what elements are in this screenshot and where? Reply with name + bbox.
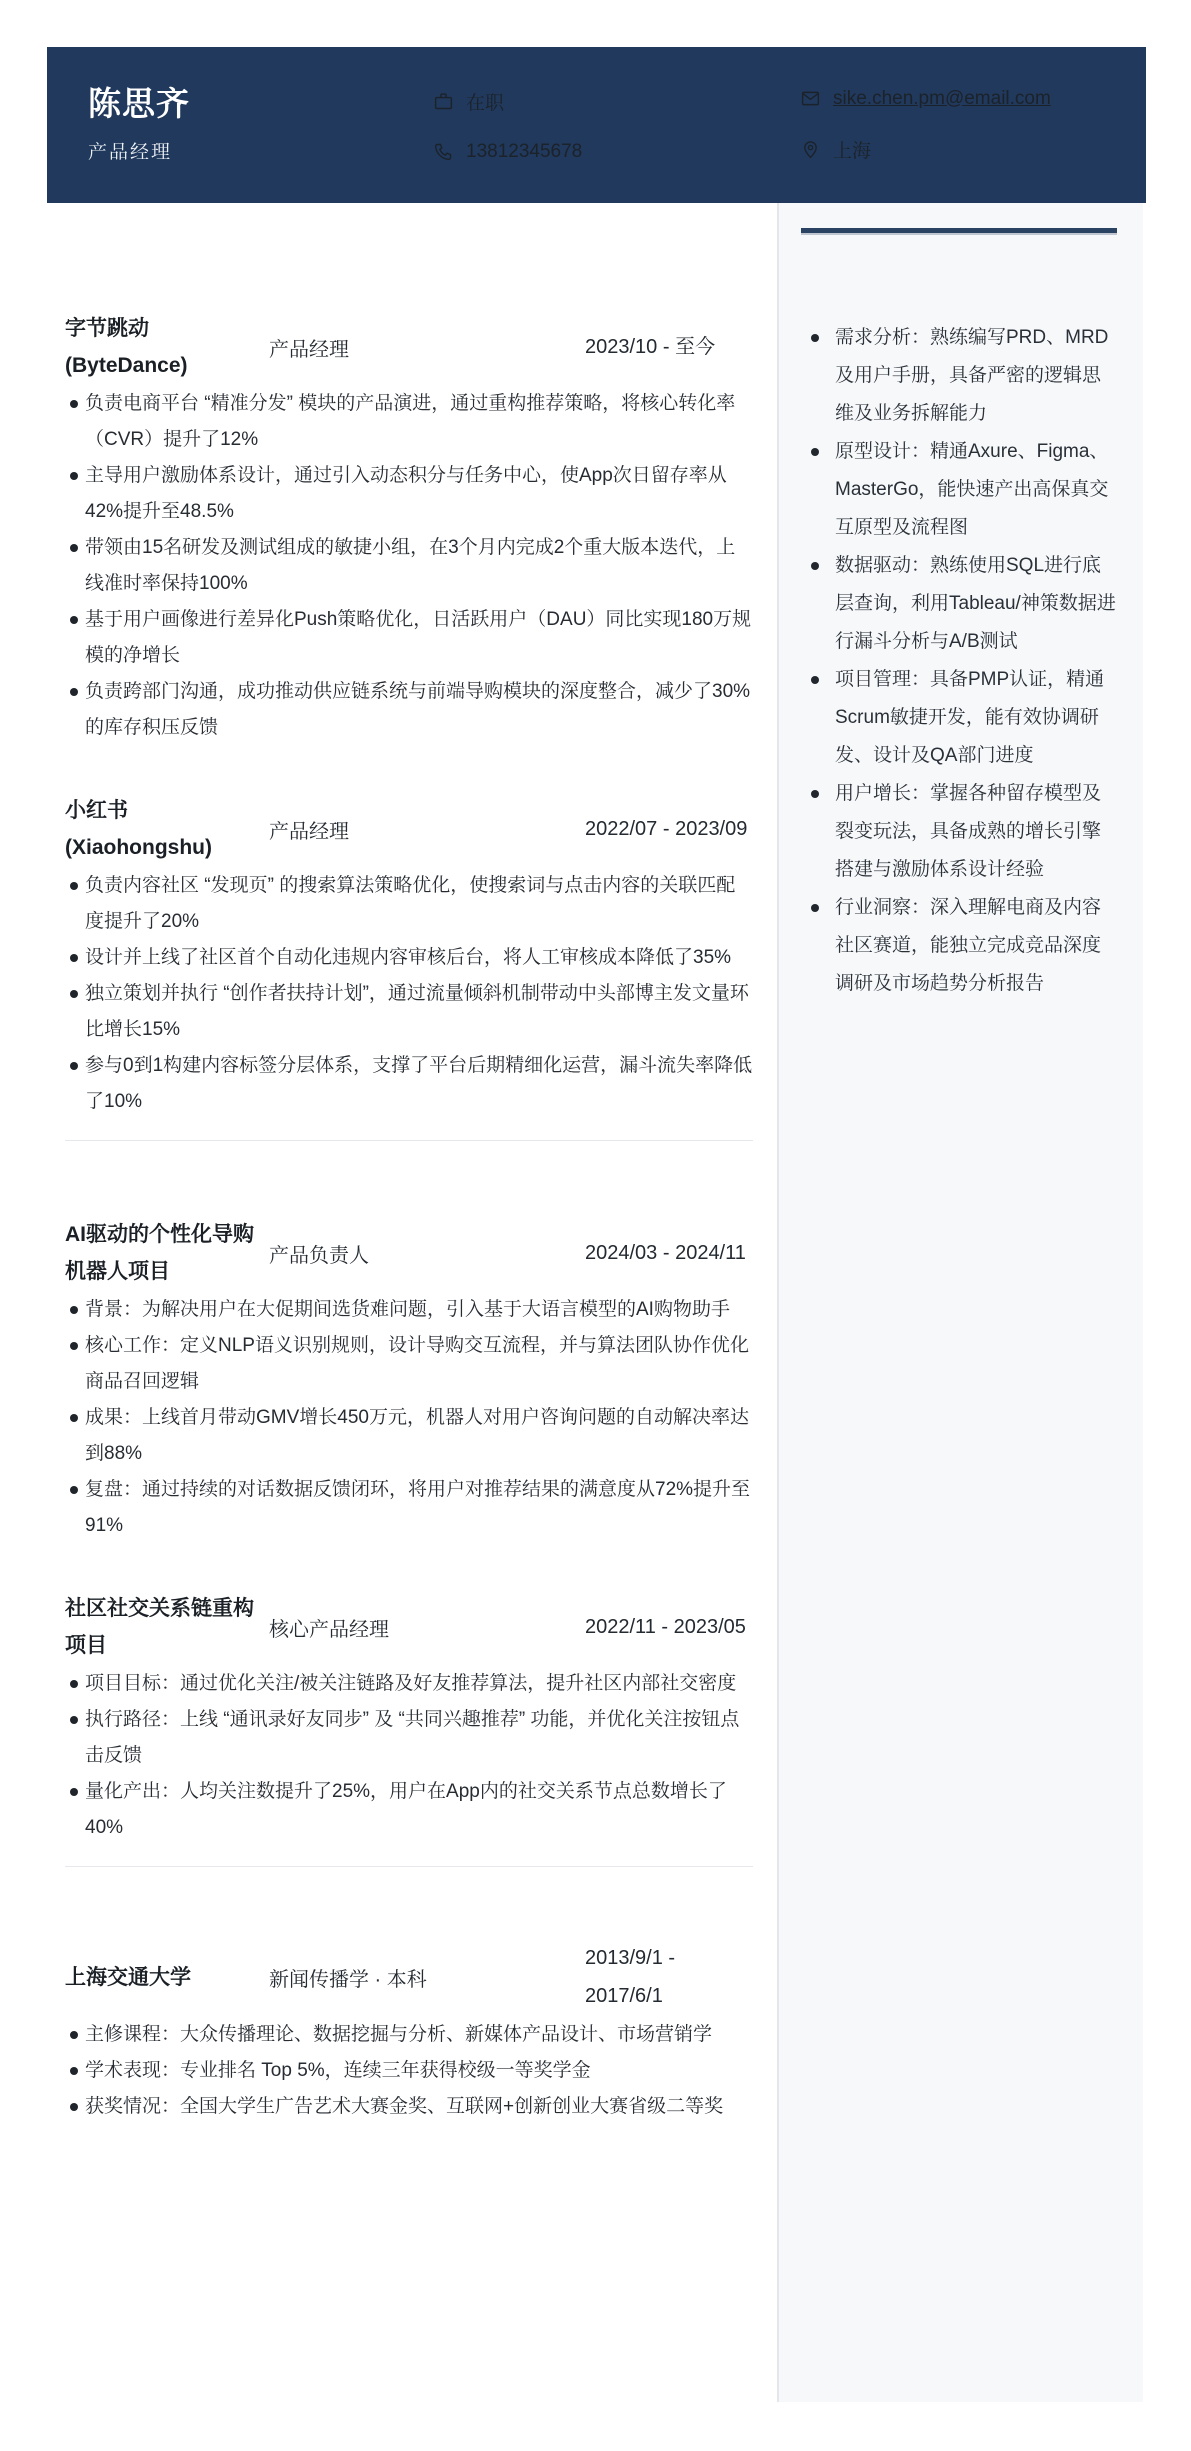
candidate-name: 陈思齐 — [88, 86, 433, 122]
experience-entry-bytedance: 字节跳动 (ByteDance) 产品经理 2023/10 - 至今 负责电商平… — [65, 310, 753, 746]
job-highlights: 负责电商平台 “精准分发” 模块的产品演进，通过重构推荐策略，将核心转化率（CV… — [65, 386, 753, 746]
company-name: 小红书 (Xiaohongshu) — [65, 792, 255, 866]
bullet-item: 主导用户激励体系设计，通过引入动态积分与任务中心，使App次日留存率从42%提升… — [65, 458, 753, 530]
bullet-item: 获奖情况：全国大学生广告艺术大赛金奖、互联网+创新创业大赛省级二等奖 — [65, 2089, 753, 2125]
bullet-item: 负责内容社区 “发现页” 的搜索算法策略优化，使搜索词与点击内容的关联匹配度提升… — [65, 868, 753, 940]
bullet-item: 基于用户画像进行差异化Push策略优化，日活跃用户（DAU）同比实现180万规模… — [65, 602, 753, 674]
experience-entry-xiaohongshu: 小红书 (Xiaohongshu) 产品经理 2022/07 - 2023/09… — [65, 792, 753, 1120]
skill-item: 行业洞察：深入理解电商及内容社区赛道，能独立完成竞品深度调研及市场趋势分析报告 — [801, 889, 1117, 1003]
school-name: 上海交通大学 — [65, 1959, 255, 1996]
job-highlights: 负责内容社区 “发现页” 的搜索算法策略优化，使搜索词与点击内容的关联匹配度提升… — [65, 868, 753, 1120]
education-highlights: 主修课程：大众传播理论、数据挖掘与分析、新媒体产品设计、市场营销学 学术表现：专… — [65, 2017, 753, 2125]
bullet-item: 负责跨部门沟通，成功推动供应链系统与前端导购模块的深度整合，减少了30%的库存积… — [65, 674, 753, 746]
projects-section: AI驱动的个性化导购机器人项目 产品负责人 2024/03 - 2024/11 … — [65, 1216, 753, 1846]
skills-sidebar: 需求分析：熟练编写PRD、MRD及用户手册，具备严密的逻辑思维及业务拆解能力 原… — [777, 203, 1143, 2402]
job-dates: 2023/10 - 至今 — [585, 328, 753, 366]
project-dates: 2022/11 - 2023/05 — [585, 1608, 753, 1646]
main-column: 字节跳动 (ByteDance) 产品经理 2023/10 - 至今 负责电商平… — [47, 203, 753, 2125]
briefcase-icon — [433, 91, 454, 112]
skill-item: 数据驱动：熟练使用SQL进行底层查询，利用Tableau/神策数据进行漏斗分析与… — [801, 547, 1117, 661]
entry-header: 上海交通大学 新闻传播学 · 本科 2013/9/1 - 2017/6/1 — [65, 1939, 753, 2015]
skill-item: 原型设计：精通Axure、Figma、MasterGo，能快速产出高保真交互原型… — [801, 433, 1117, 547]
project-entry-ai-shopping-bot: AI驱动的个性化导购机器人项目 产品负责人 2024/03 - 2024/11 … — [65, 1216, 753, 1544]
resume-body: 字节跳动 (ByteDance) 产品经理 2023/10 - 至今 负责电商平… — [47, 203, 1146, 2402]
project-role: 核心产品经理 — [269, 1613, 571, 1642]
project-role: 产品负责人 — [269, 1239, 571, 1268]
experience-section: 字节跳动 (ByteDance) 产品经理 2023/10 - 至今 负责电商平… — [65, 310, 753, 1120]
bullet-item: 负责电商平台 “精准分发” 模块的产品演进，通过重构推荐策略，将核心转化率（CV… — [65, 386, 753, 458]
skill-item: 用户增长：掌握各种留存模型及裂变玩法，具备成熟的增长引擎搭建与激励体系设计经验 — [801, 775, 1117, 889]
project-name: 社区社交关系链重构项目 — [65, 1590, 255, 1664]
email-link[interactable]: sike.chen.pm@email.com — [833, 88, 1051, 110]
bullet-item: 参与0到1构建内容标签分层体系，支撑了平台后期精细化运营，漏斗流失率降低了10% — [65, 1048, 753, 1120]
sidebar-heading-rule — [801, 228, 1117, 235]
entry-header: 社区社交关系链重构项目 核心产品经理 2022/11 - 2023/05 — [65, 1590, 753, 1664]
resume-page: 陈思齐 产品经理 在职 13812345678 — [0, 47, 1191, 2402]
phone-number: 13812345678 — [466, 141, 582, 163]
section-divider — [65, 1866, 753, 1867]
phone-icon — [433, 141, 454, 162]
education-section: 上海交通大学 新闻传播学 · 本科 2013/9/1 - 2017/6/1 主修… — [65, 1939, 753, 2125]
contact-column-2: sike.chen.pm@email.com 上海 — [800, 88, 1146, 163]
contact-column-1: 在职 13812345678 — [433, 88, 800, 163]
candidate-title: 产品经理 — [88, 137, 433, 164]
bullet-item: 背景：为解决用户在大促期间选货难问题，引入基于大语言模型的AI购物助手 — [65, 1292, 753, 1328]
bullet-item: 带领由15名研发及测试组成的敏捷小组，在3个月内完成2个重大版本迭代，上线准时率… — [65, 530, 753, 602]
education-dates: 2013/9/1 - 2017/6/1 — [585, 1939, 753, 2015]
company-name: 字节跳动 (ByteDance) — [65, 310, 255, 384]
bullet-item: 执行路径：上线 “通讯录好友同步” 及 “共同兴趣推荐” 功能，并优化关注按钮点… — [65, 1702, 753, 1774]
bullet-item: 核心工作：定义NLP语义识别规则，设计导购交互流程，并与算法团队协作优化商品召回… — [65, 1328, 753, 1400]
bullet-item: 量化产出：人均关注数提升了25%，用户在App内的社交关系节点总数增长了40% — [65, 1774, 753, 1846]
employment-status: 在职 — [466, 88, 504, 115]
entry-header: AI驱动的个性化导购机器人项目 产品负责人 2024/03 - 2024/11 — [65, 1216, 753, 1290]
mail-icon — [800, 88, 821, 109]
job-dates: 2022/07 - 2023/09 — [585, 810, 753, 848]
email-row: sike.chen.pm@email.com — [800, 88, 1146, 110]
entry-header: 字节跳动 (ByteDance) 产品经理 2023/10 - 至今 — [65, 310, 753, 384]
employment-status-row: 在职 — [433, 88, 800, 115]
skills-list: 需求分析：熟练编写PRD、MRD及用户手册，具备严密的逻辑思维及业务拆解能力 原… — [801, 319, 1117, 1003]
location-row: 上海 — [800, 136, 1146, 163]
project-dates: 2024/03 - 2024/11 — [585, 1234, 753, 1272]
identity-block: 陈思齐 产品经理 — [88, 86, 433, 164]
project-name: AI驱动的个性化导购机器人项目 — [65, 1216, 255, 1290]
job-role: 产品经理 — [269, 815, 571, 844]
job-role: 产品经理 — [269, 333, 571, 362]
bullet-item: 学术表现：专业排名 Top 5%，连续三年获得校级一等奖学金 — [65, 2053, 753, 2089]
section-divider — [65, 1140, 753, 1141]
phone-row: 13812345678 — [433, 141, 800, 163]
bullet-item: 主修课程：大众传播理论、数据挖掘与分析、新媒体产品设计、市场营销学 — [65, 2017, 753, 2053]
skill-item: 项目管理：具备PMP认证，精通Scrum敏捷开发，能有效协调研发、设计及QA部门… — [801, 661, 1117, 775]
bullet-item: 设计并上线了社区首个自动化违规内容审核后台，将人工审核成本降低了35% — [65, 940, 753, 976]
project-entry-social-graph: 社区社交关系链重构项目 核心产品经理 2022/11 - 2023/05 项目目… — [65, 1590, 753, 1846]
location-pin-icon — [800, 139, 821, 160]
bullet-item: 复盘：通过持续的对话数据反馈闭环，将用户对推荐结果的满意度从72%提升至91% — [65, 1472, 753, 1544]
bullet-item: 成果：上线首月带动GMV增长450万元，机器人对用户咨询问题的自动解决率达到88… — [65, 1400, 753, 1472]
project-highlights: 背景：为解决用户在大促期间选货难问题，引入基于大语言模型的AI购物助手 核心工作… — [65, 1292, 753, 1544]
entry-header: 小红书 (Xiaohongshu) 产品经理 2022/07 - 2023/09 — [65, 792, 753, 866]
location-text: 上海 — [833, 136, 871, 163]
education-entry: 上海交通大学 新闻传播学 · 本科 2013/9/1 - 2017/6/1 主修… — [65, 1939, 753, 2125]
resume-header: 陈思齐 产品经理 在职 13812345678 — [47, 47, 1146, 203]
bullet-item: 独立策划并执行 “创作者扶持计划”，通过流量倾斜机制带动中头部博主发文量环比增长… — [65, 976, 753, 1048]
degree-program: 新闻传播学 · 本科 — [269, 1963, 571, 1992]
bullet-item: 项目目标：通过优化关注/被关注链路及好友推荐算法，提升社区内部社交密度 — [65, 1666, 753, 1702]
skill-item: 需求分析：熟练编写PRD、MRD及用户手册，具备严密的逻辑思维及业务拆解能力 — [801, 319, 1117, 433]
project-highlights: 项目目标：通过优化关注/被关注链路及好友推荐算法，提升社区内部社交密度 执行路径… — [65, 1666, 753, 1846]
